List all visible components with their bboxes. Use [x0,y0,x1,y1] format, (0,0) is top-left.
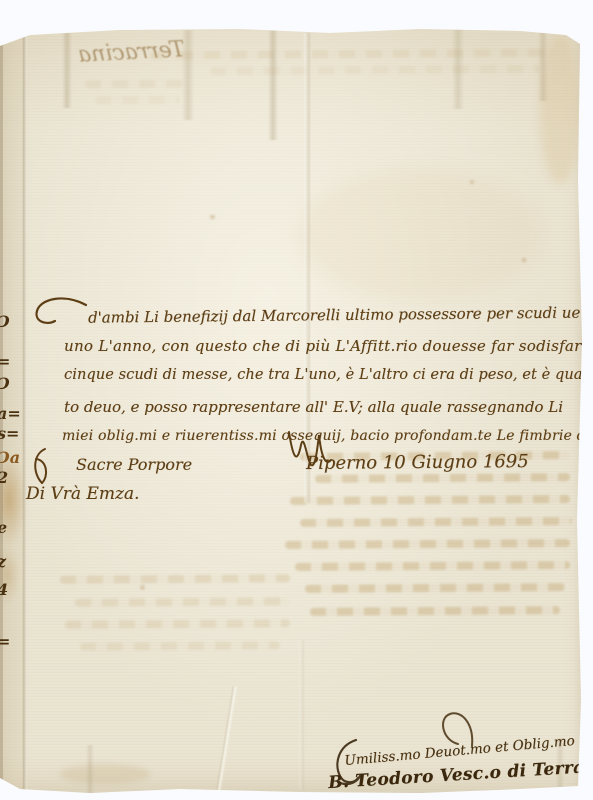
body-line-1: d'ambi Li benefizij dal Marcorelli ultim… [88,303,593,326]
bleed-through-line [95,96,180,105]
wrinkle [452,29,464,109]
edge-ink-fragment: e [0,518,7,537]
foxing-dot [522,258,526,262]
closing-sacre-porpore: Sacre Porpore [76,455,192,474]
edge-ink-fragment: s= [0,424,19,443]
stain [300,170,540,300]
wrinkle [182,30,194,120]
body-line-2: uno L'anno, con questo che di più L'Affi… [64,337,591,355]
bleed-through-line [80,641,280,650]
bleed-through-line [210,65,540,75]
wrinkle [86,745,94,793]
foxing-dot [470,180,474,184]
body-line-4: to deuo, e posso rappresentare all' E.V;… [64,398,563,416]
bleed-through-line [290,495,570,505]
foxing-dot [210,215,215,219]
opening-flourish [32,295,90,331]
body-line-3: cinque scudi di messe, che tra L'uno, è … [64,367,593,383]
diagonal-crease [215,686,237,797]
edge-ink-fragment: a= [0,404,21,423]
bleed-through-line [150,49,555,60]
edge-ink-fragment: 4 [0,580,8,599]
left-fold-line [23,33,27,795]
bleed-through-line [300,517,572,527]
closing-sender: Di Vrà Emza. [26,484,139,504]
bleed-through-line [65,619,290,629]
edge-ink-fragment: 2 [0,468,8,487]
bleed-through-line [315,473,570,483]
bleed-through-line [295,561,570,571]
bleed-through-line [285,539,570,549]
bleed-through-line [75,597,290,607]
dateline: Piperno 10 Giugno 1695 [306,451,529,474]
wrinkle [62,33,72,108]
edge-ink-fragment: z [0,552,6,571]
stain [60,764,150,784]
edge-ink-fragment: = [0,632,10,651]
center-crease-lower [299,640,304,790]
bleed-through-line [85,80,185,89]
edge-ink-fragment: Ɔ [0,312,10,331]
bleed-through-line [60,574,290,584]
edge-ink-fragment: = [0,352,10,371]
scanned-letter: Terracina Ɔ = Ɔ a= s= [0,0,593,800]
bleed-through-line [310,606,560,616]
foxing-dot [140,585,145,590]
bleed-through-line [305,583,565,593]
wrinkle [538,31,548,101]
edge-ink-fragment: Ɔa [0,448,20,467]
edge-ink-fragment: Ɔ [0,374,10,393]
wrinkle [268,30,278,140]
paper-sheet: Terracina Ɔ = Ɔ a= s= [0,0,593,800]
